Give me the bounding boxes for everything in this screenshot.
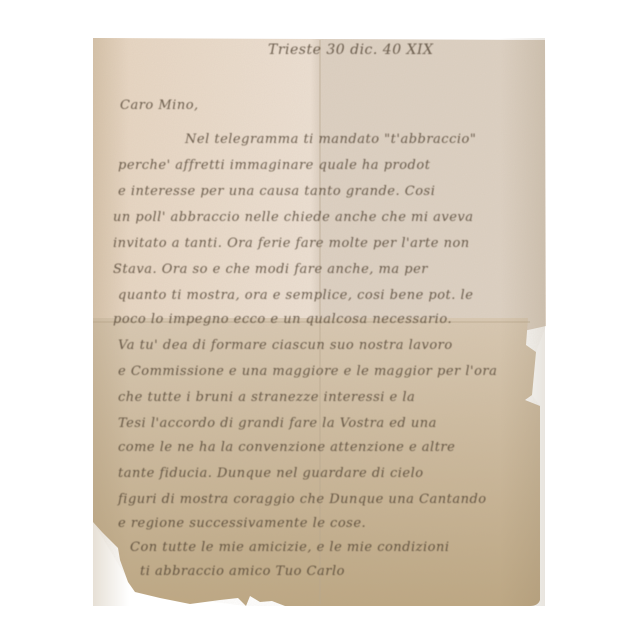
letter-line: e regione successivamente le cose. xyxy=(118,516,366,531)
letter-line: figuri di mostra coraggio che Dunque una… xyxy=(118,492,487,507)
letter-line: Stava. Ora so e che modi fare anche, ma … xyxy=(113,262,428,277)
letter-line: invitato a tanti. Ora ferie fare molte p… xyxy=(113,236,470,251)
letter-line: Va tu' dea di formare ciascun suo nostra… xyxy=(118,338,453,353)
letter-line: Con tutte le mie amicizie, e le mie cond… xyxy=(130,540,450,555)
letter-line: e interesse per una causa tanto grande. … xyxy=(118,184,435,199)
letter-line: perche' affretti immaginare quale ha pro… xyxy=(118,158,430,173)
letter-line: poco lo impegno ecco e un qualcosa neces… xyxy=(113,312,452,327)
letter-line: Tesi l'accordo di grandi fare la Vostra … xyxy=(118,416,437,431)
letter-line: che tutte i bruni a stranezze interessi … xyxy=(118,390,415,405)
letter-line: come le ne ha la convenzione attenzione … xyxy=(118,440,455,455)
letter-line: tante fiducia. Dunque nel guardare di ci… xyxy=(118,466,424,481)
letter-line: un poll' abbraccio nelle chiede anche ch… xyxy=(113,210,474,225)
letter-line: quanto ti mostra, ora e semplice, cosi b… xyxy=(118,288,473,303)
letter-line: e Commissione e una maggiore e le maggio… xyxy=(118,364,497,379)
letter-dateline: Trieste 30 dic. 40 XIX xyxy=(268,42,434,58)
letter-line: ti abbraccio amico Tuo Carlo xyxy=(140,564,345,579)
letter-line: Nel telegramma ti mandato "t'abbraccio" xyxy=(185,132,476,147)
letter-salutation: Caro Mino, xyxy=(120,98,199,113)
